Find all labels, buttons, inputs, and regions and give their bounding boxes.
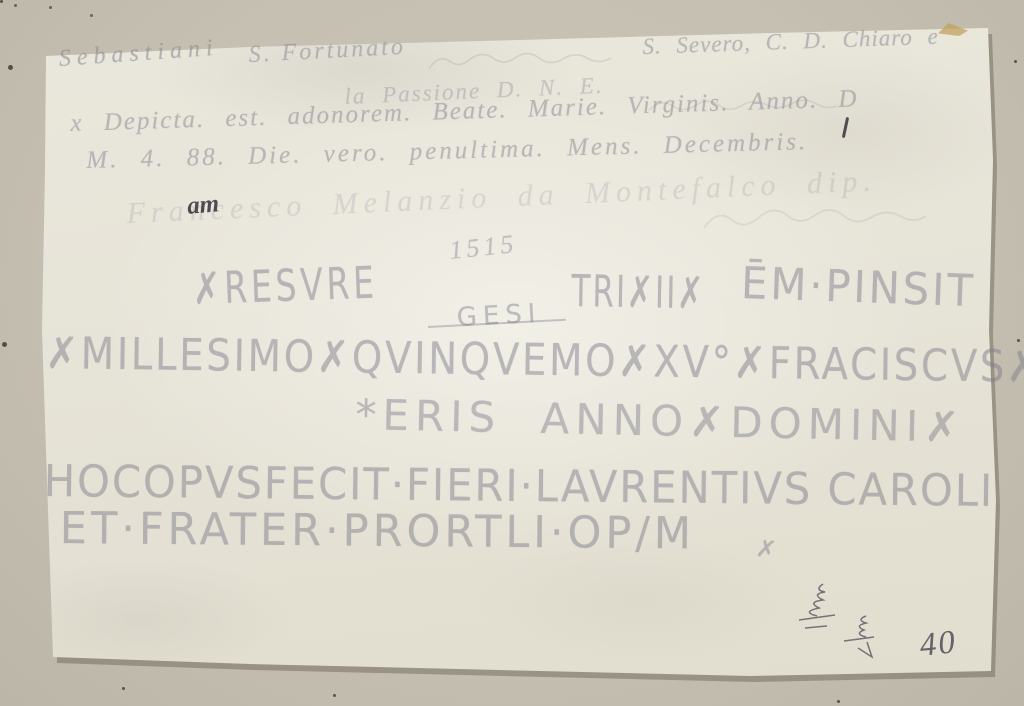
inscription-line-pinsit: ĒM·PINSIT bbox=[740, 258, 976, 317]
inscription-line-tri: TRI✗II✗ bbox=[571, 266, 706, 319]
faint-scribble-top-center bbox=[425, 45, 635, 81]
scanned-document-scene: Sebastiani S. Fortunato S. Severo, C. D.… bbox=[0, 0, 1024, 706]
faint-scribble-passione-tail bbox=[645, 92, 860, 122]
inscription-line-resvre: ✗RESVRE bbox=[192, 258, 379, 315]
inscription-line-et-frater: ET·FRATER·PRORTLI·OP/M bbox=[60, 503, 696, 560]
sheet-number: 40 bbox=[918, 624, 959, 665]
ink-overwrite-am: am bbox=[186, 190, 220, 221]
inscription-cross-mark: ✗ bbox=[754, 534, 778, 565]
mat-speck-group bbox=[0, 0, 3, 3]
corner-scribble-right bbox=[838, 610, 890, 662]
faint-scribble-melanzio-tail bbox=[700, 198, 950, 246]
inscription-word-gesi: GESI bbox=[456, 299, 542, 333]
